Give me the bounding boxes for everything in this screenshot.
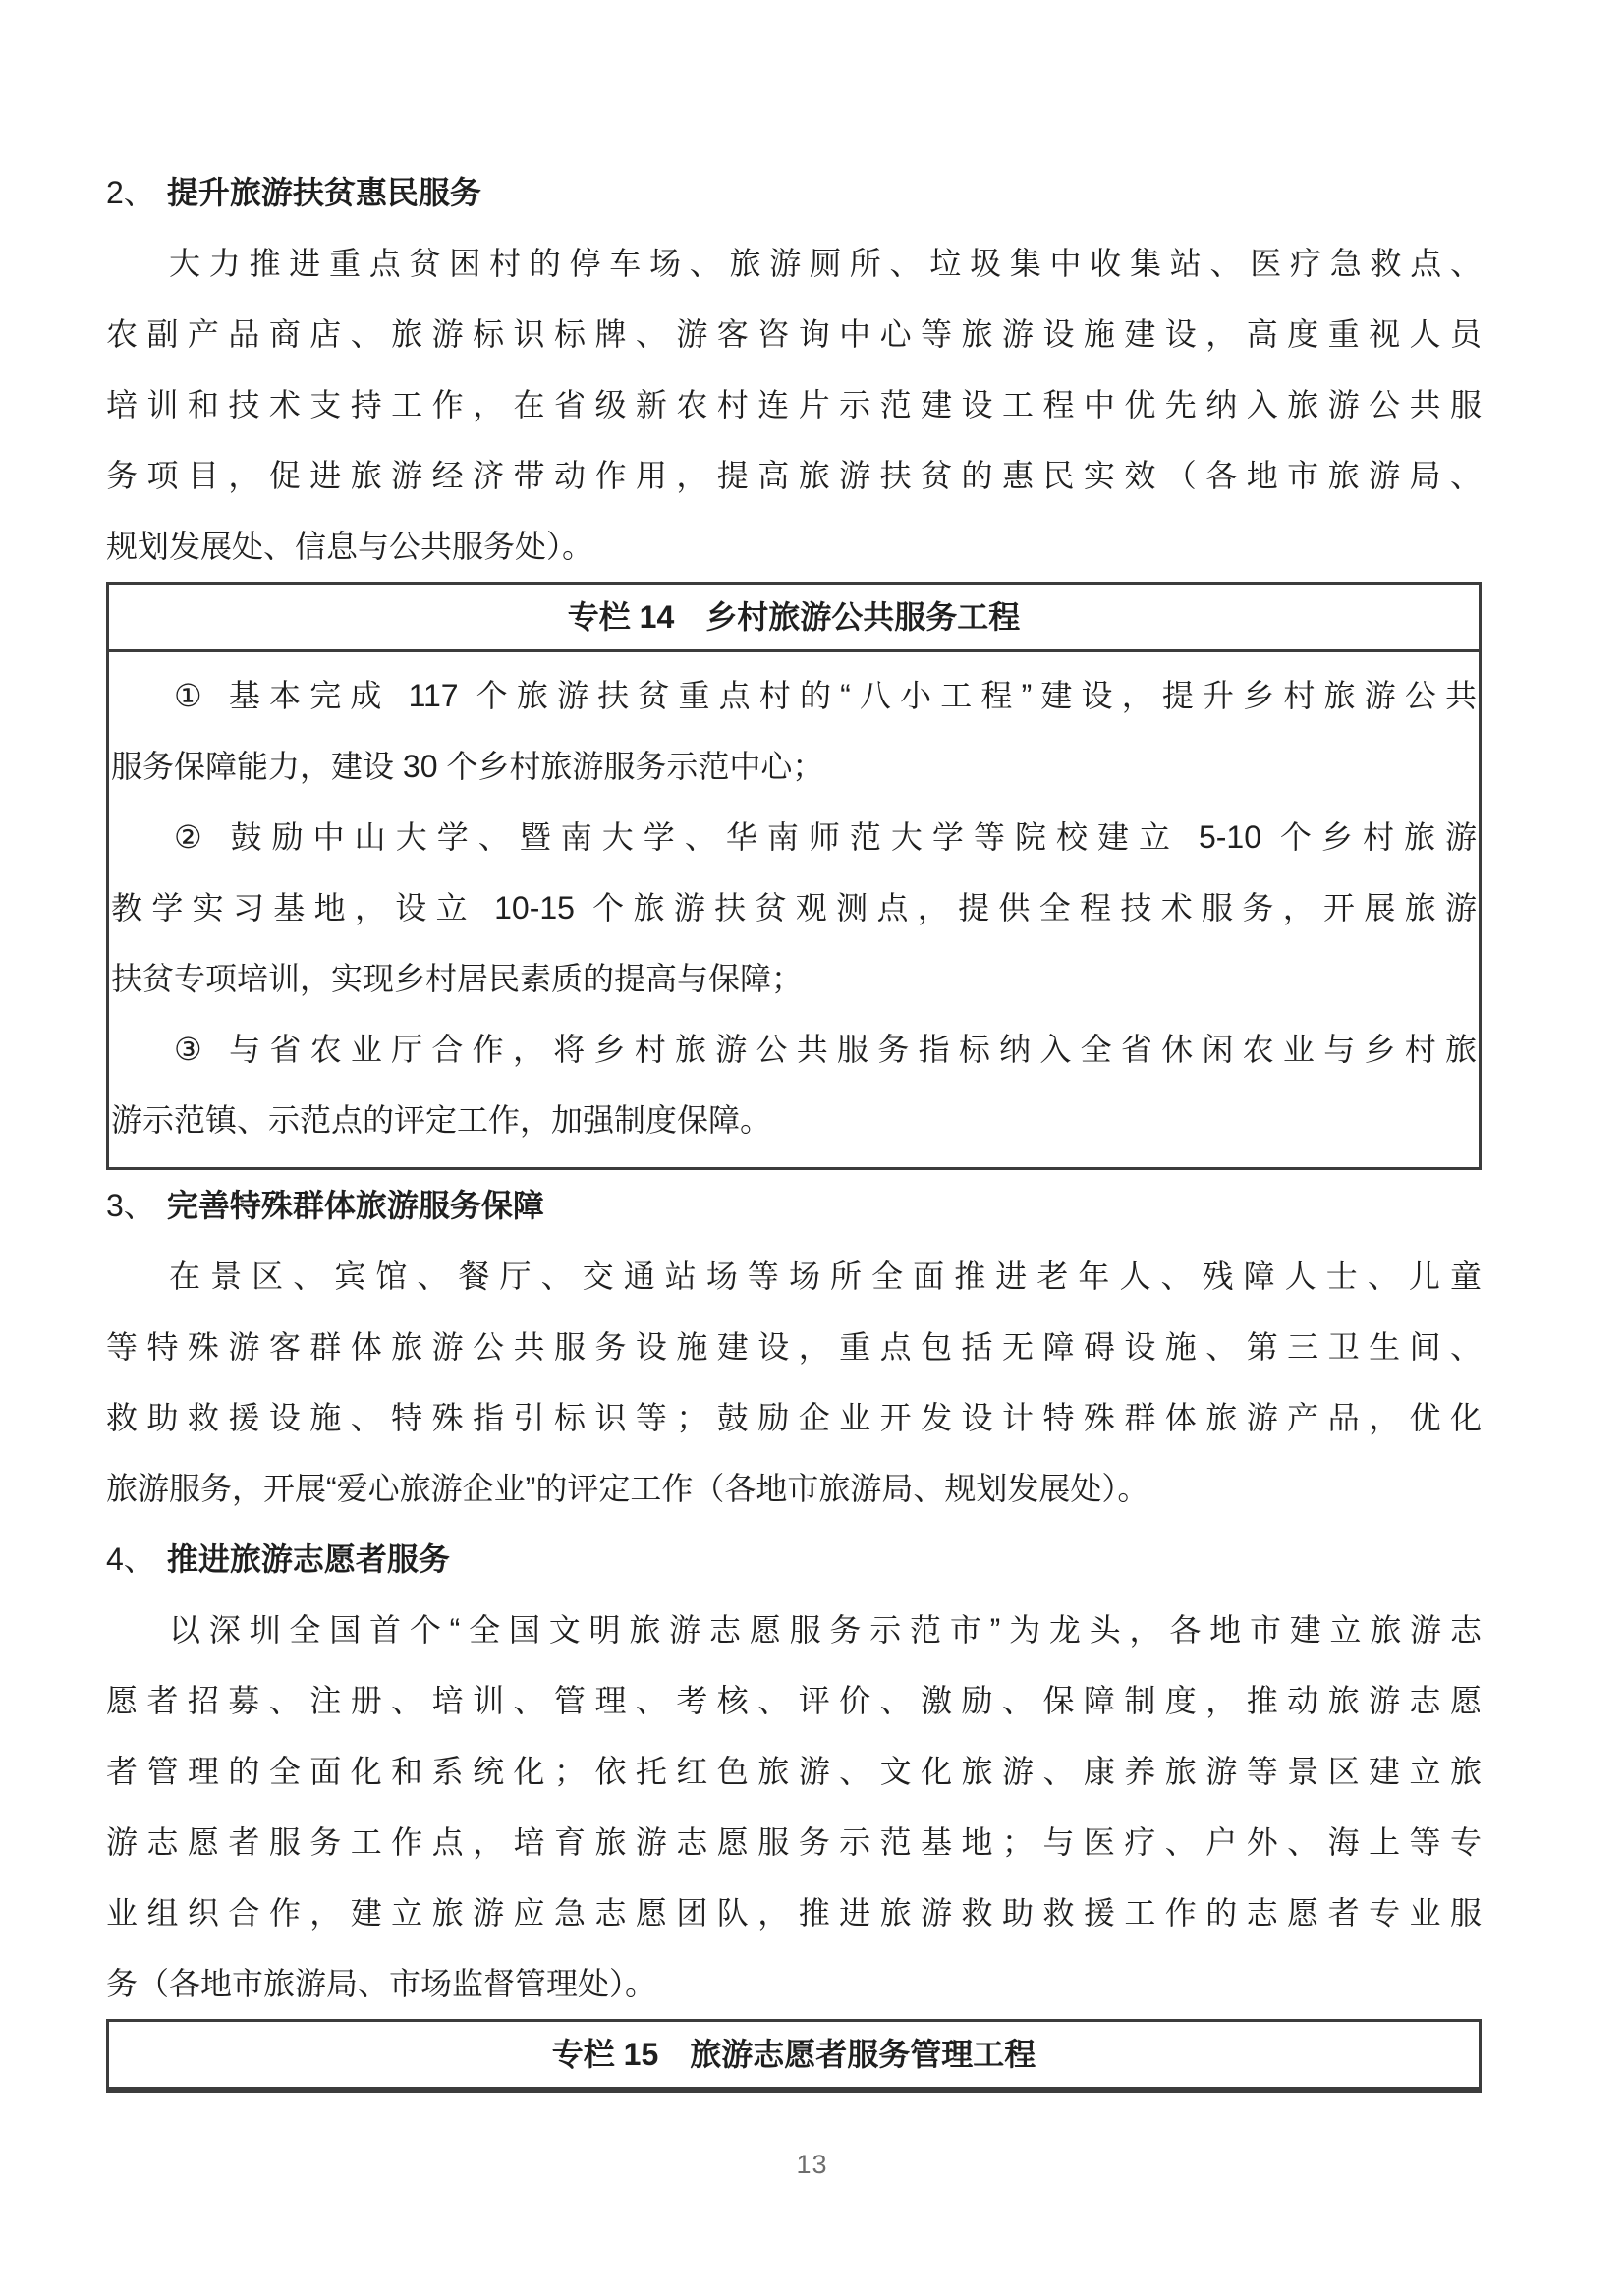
section-title: 提升旅游扶贫惠民服务: [167, 175, 481, 210]
paragraph-line: 大力推进重点贫困村的停车场、旅游厕所、垃圾集中收集站、医疗急救点、: [106, 228, 1482, 299]
panel-line: 游示范镇、示范点的评定工作，加强制度保障。: [111, 1085, 1477, 1155]
panel-body: ① 基本完成 117 个旅游扶贫重点村的“八小工程”建设，提升乡村旅游公共 服务…: [109, 652, 1479, 1167]
paragraph-2: 在景区、宾馆、餐厅、交通站场等场所全面推进老年人、残障人士、儿童 等特殊游客群体…: [106, 1241, 1482, 1524]
panel-line: ② 鼓励中山大学、暨南大学、华南师范大学等院校建立 5-10 个乡村旅游: [111, 802, 1477, 872]
panel-column-15: 专栏 15 旅游志愿者服务管理工程: [106, 2019, 1482, 2093]
paragraph-1: 大力推进重点贫困村的停车场、旅游厕所、垃圾集中收集站、医疗急救点、 农副产品商店…: [106, 228, 1482, 582]
paragraph-line: 旅游服务，开展“爱心旅游企业”的评定工作（各地市旅游局、规划发展处）。: [106, 1453, 1482, 1524]
paragraph-line: 农副产品商店、旅游标识标牌、游客咨询中心等旅游设施建设，高度重视人员: [106, 299, 1482, 369]
paragraph-line: 业组织合作，建立旅游应急志愿团队，推进旅游救助救援工作的志愿者专业服: [106, 1877, 1482, 1948]
section-title: 推进旅游志愿者服务: [167, 1541, 450, 1577]
section-number: 2、: [106, 175, 155, 210]
panel-line: ① 基本完成 117 个旅游扶贫重点村的“八小工程”建设，提升乡村旅游公共: [111, 660, 1477, 731]
panel-column-14: 专栏 14 乡村旅游公共服务工程 ① 基本完成 117 个旅游扶贫重点村的“八小…: [106, 582, 1482, 1170]
document-page: 2、提升旅游扶贫惠民服务 大力推进重点贫困村的停车场、旅游厕所、垃圾集中收集站、…: [0, 0, 1624, 2296]
panel-line: 教学实习基地，设立 10-15 个旅游扶贫观测点，提供全程技术服务，开展旅游: [111, 872, 1477, 943]
panel-title: 专栏 15 旅游志愿者服务管理工程: [109, 2022, 1479, 2090]
paragraph-line: 培训和技术支持工作，在省级新农村连片示范建设工程中优先纳入旅游公共服: [106, 369, 1482, 440]
paragraph-line: 务（各地市旅游局、市场监督管理处）。: [106, 1948, 1482, 2019]
document-content: 2、提升旅游扶贫惠民服务 大力推进重点贫困村的停车场、旅游厕所、垃圾集中收集站、…: [106, 157, 1482, 2093]
section-number: 3、: [106, 1188, 155, 1223]
section-title: 完善特殊群体旅游服务保障: [167, 1188, 544, 1223]
section-heading-4: 4、推进旅游志愿者服务: [106, 1524, 1482, 1595]
paragraph-line: 等特殊游客群体旅游公共服务设施建设，重点包括无障碍设施、第三卫生间、: [106, 1312, 1482, 1382]
panel-title: 专栏 14 乡村旅游公共服务工程: [109, 585, 1479, 652]
panel-line: 服务保障能力，建设 30 个乡村旅游服务示范中心；: [111, 731, 1477, 802]
paragraph-line: 者管理的全面化和系统化；依托红色旅游、文化旅游、康养旅游等景区建立旅: [106, 1736, 1482, 1807]
section-heading-3: 3、完善特殊群体旅游服务保障: [106, 1170, 1482, 1241]
paragraph-line: 以深圳全国首个“全国文明旅游志愿服务示范市”为龙头，各地市建立旅游志: [106, 1595, 1482, 1665]
panel-line: ③ 与省农业厅合作，将乡村旅游公共服务指标纳入全省休闲农业与乡村旅: [111, 1014, 1477, 1085]
section-number: 4、: [106, 1541, 155, 1577]
panel-line: 扶贫专项培训，实现乡村居民素质的提高与保障；: [111, 943, 1477, 1014]
paragraph-line: 务项目，促进旅游经济带动作用，提高旅游扶贫的惠民实效（各地市旅游局、: [106, 440, 1482, 511]
paragraph-line: 在景区、宾馆、餐厅、交通站场等场所全面推进老年人、残障人士、儿童: [106, 1241, 1482, 1312]
paragraph-line: 愿者招募、注册、培训、管理、考核、评价、激励、保障制度，推动旅游志愿: [106, 1665, 1482, 1736]
page-number: 13: [0, 2150, 1624, 2180]
paragraph-line: 游志愿者服务工作点，培育旅游志愿服务示范基地；与医疗、户外、海上等专: [106, 1807, 1482, 1877]
section-heading-2: 2、提升旅游扶贫惠民服务: [106, 157, 1482, 228]
paragraph-line: 规划发展处、信息与公共服务处）。: [106, 511, 1482, 582]
paragraph-line: 救助救援设施、特殊指引标识等；鼓励企业开发设计特殊群体旅游产品，优化: [106, 1382, 1482, 1453]
paragraph-3: 以深圳全国首个“全国文明旅游志愿服务示范市”为龙头，各地市建立旅游志 愿者招募、…: [106, 1595, 1482, 2019]
